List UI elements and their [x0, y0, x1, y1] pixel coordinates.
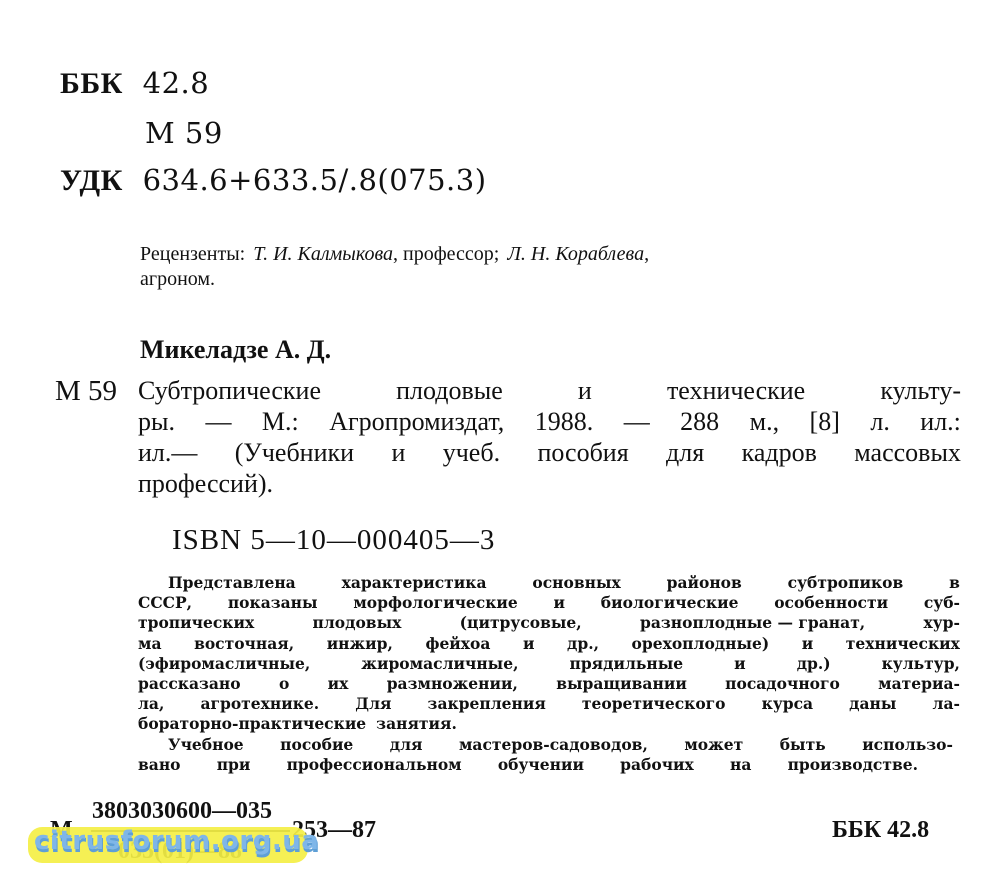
word: культу- — [880, 375, 961, 406]
word: фейхоа — [425, 634, 490, 654]
word: мастеров-садоводов, — [459, 735, 648, 755]
word: для — [666, 437, 704, 468]
biblio-line: ил.—(Учебникииучеб.пособиядлякадровмассо… — [138, 437, 961, 468]
word: может — [684, 735, 743, 755]
annotation-line: тропическихплодовых(цитрусовые,разноплод… — [138, 613, 960, 633]
word: материа- — [878, 674, 960, 694]
word: тропических — [138, 613, 254, 633]
word: рассказано — [138, 674, 241, 694]
word: л. — [870, 406, 889, 437]
word: агротехнике. — [200, 694, 319, 714]
watermark-text: citrusforum.org.ua — [34, 826, 319, 856]
annotation: Представленахарактеристикаосновныхрайоно… — [138, 573, 960, 775]
word: профессиональном — [287, 755, 462, 775]
word: закрепления — [428, 694, 546, 714]
word: восточная, — [194, 634, 294, 654]
word: и — [554, 593, 566, 613]
word: (эфиромасличные, — [138, 654, 310, 674]
word: — — [205, 406, 231, 437]
word: выращивании — [556, 674, 687, 694]
isbn: ISBN 5—10—000405—3 — [172, 524, 495, 557]
annotation-line: ла,агротехнике.Длязакреплениятеоретическ… — [138, 694, 960, 714]
entry-cipher: М 59 — [55, 375, 117, 408]
bbk-label: ББК — [60, 67, 123, 100]
word: технических — [846, 634, 960, 654]
word: вано — [138, 755, 181, 775]
word: суб- — [924, 593, 960, 613]
word: ла, — [138, 694, 164, 714]
word: основных — [532, 573, 620, 593]
word: морфологические — [353, 593, 517, 613]
word: др.) — [797, 654, 831, 674]
footer-numerator: 3803030600—035 — [92, 798, 272, 825]
bbk-value: 42.8 — [143, 66, 210, 100]
word: курса — [762, 694, 813, 714]
word: ил.: — [920, 406, 961, 437]
word: массовых — [854, 437, 961, 468]
annotation-line: ваноприпрофессиональномобучениирабочихна… — [138, 755, 918, 775]
annotation-line: Представленахарактеристикаосновныхрайоно… — [138, 573, 960, 593]
word: рабочих — [620, 755, 694, 775]
word: 288 — [680, 406, 719, 437]
annotation-line: (эфиромасличные,жиромасличные,прядильные… — [138, 654, 960, 674]
word: особенности — [774, 593, 888, 613]
word: производстве. — [788, 755, 918, 775]
word: ил.— — [138, 437, 197, 468]
reviewer-1-role: , профессор; — [393, 243, 499, 265]
word: кадров — [742, 437, 817, 468]
word: ла- — [933, 694, 960, 714]
word: разноплодные — гранат, — [640, 613, 865, 633]
word: (цитрусовые, — [460, 613, 582, 633]
word: профессий). — [138, 468, 273, 499]
word: Субтропические — [138, 375, 321, 406]
word: и — [391, 437, 405, 468]
annotation-line: мавосточная,инжир,фейхоаидр.,орехоплодны… — [138, 634, 960, 654]
author-heading: Микеладзе А. Д. — [140, 335, 331, 365]
word: для — [390, 735, 423, 755]
word: размножении, — [387, 674, 518, 694]
biblio-line: профессий). — [138, 468, 961, 499]
biblio-line: ры.—М.:Агропромиздат,1988.—288м.,[8]л.ил… — [138, 406, 961, 437]
bibliographic-description: Субтропическиеплодовыеитехническиекульту… — [138, 375, 961, 499]
reviewers-line-1: Рецензенты: Т. И. Калмыкова, профессор; … — [140, 242, 962, 267]
word: — — [624, 406, 650, 437]
word: культур, — [882, 654, 960, 674]
word: районов — [667, 573, 742, 593]
word: и — [802, 634, 814, 654]
reviewer-2-role: , — [644, 243, 649, 265]
annotation-line: Учебноепособиедлямастеров-садоводов,може… — [138, 735, 953, 755]
word: на — [730, 755, 751, 775]
bbk-line: ББК 42.8 — [60, 66, 209, 101]
word: бораторно-практические — [138, 714, 366, 734]
word: (Учебники — [235, 437, 354, 468]
word: занятия. — [376, 714, 457, 734]
word: использо- — [862, 735, 953, 755]
word: хур- — [924, 613, 960, 633]
word: инжир, — [327, 634, 393, 654]
word: Агропромиздат, — [329, 406, 504, 437]
word: [8] — [810, 406, 840, 437]
udk-line: УДК 634.6+633.5/.8(075.3) — [60, 163, 487, 198]
word: быть — [780, 735, 826, 755]
word: даны — [849, 694, 896, 714]
word: Учебное — [168, 735, 244, 755]
udk-value: 634.6+633.5/.8(075.3) — [143, 163, 487, 197]
word: м., — [750, 406, 779, 437]
word: Для — [355, 694, 391, 714]
word: и — [578, 375, 592, 406]
word: о — [279, 674, 289, 694]
word: др., — [567, 634, 599, 654]
word: в — [949, 573, 960, 593]
reviewer-1-name: Т. И. Калмыкова — [253, 243, 393, 265]
word: обучении — [498, 755, 584, 775]
word: биологические — [601, 593, 739, 613]
word: теоретического — [582, 694, 726, 714]
word: ры. — [138, 406, 175, 437]
word: характеристика — [342, 573, 487, 593]
word: их — [328, 674, 349, 694]
word: при — [217, 755, 251, 775]
author-mark: М 59 — [145, 116, 223, 150]
word: и — [734, 654, 746, 674]
word: показаны — [228, 593, 318, 613]
word: плодовых — [313, 613, 402, 633]
word: пособия — [537, 437, 628, 468]
word: М.: — [262, 406, 299, 437]
reviewers-line-2: агроном. — [140, 267, 962, 292]
udk-label: УДК — [60, 164, 123, 197]
word: 1988. — [535, 406, 594, 437]
reviewer-2-name: Л. Н. Кораблева — [507, 243, 644, 265]
word: орехоплодные) — [632, 634, 770, 654]
annotation-line: бораторно-практическиезанятия. — [138, 714, 960, 734]
footer-bbk: ББК 42.8 — [832, 817, 929, 844]
word: ма — [138, 634, 162, 654]
reviewers: Рецензенты: Т. И. Калмыкова, профессор; … — [140, 242, 962, 292]
word: плодовые — [396, 375, 503, 406]
word: СССР, — [138, 593, 192, 613]
word: жиромасличные, — [361, 654, 518, 674]
word: прядильные — [570, 654, 684, 674]
annotation-line: рассказанооихразмножении,выращиваниипоса… — [138, 674, 960, 694]
biblio-line: Субтропическиеплодовыеитехническиекульту… — [138, 375, 961, 406]
word: и — [523, 634, 535, 654]
word: технические — [667, 375, 805, 406]
word: Представлена — [168, 573, 296, 593]
word: посадочного — [725, 674, 840, 694]
word: пособие — [280, 735, 353, 755]
word: субтропиков — [788, 573, 904, 593]
word: учеб. — [443, 437, 500, 468]
annotation-line: СССР,показаныморфологическиеибиологическ… — [138, 593, 960, 613]
reviewers-label: Рецензенты: — [140, 242, 245, 267]
